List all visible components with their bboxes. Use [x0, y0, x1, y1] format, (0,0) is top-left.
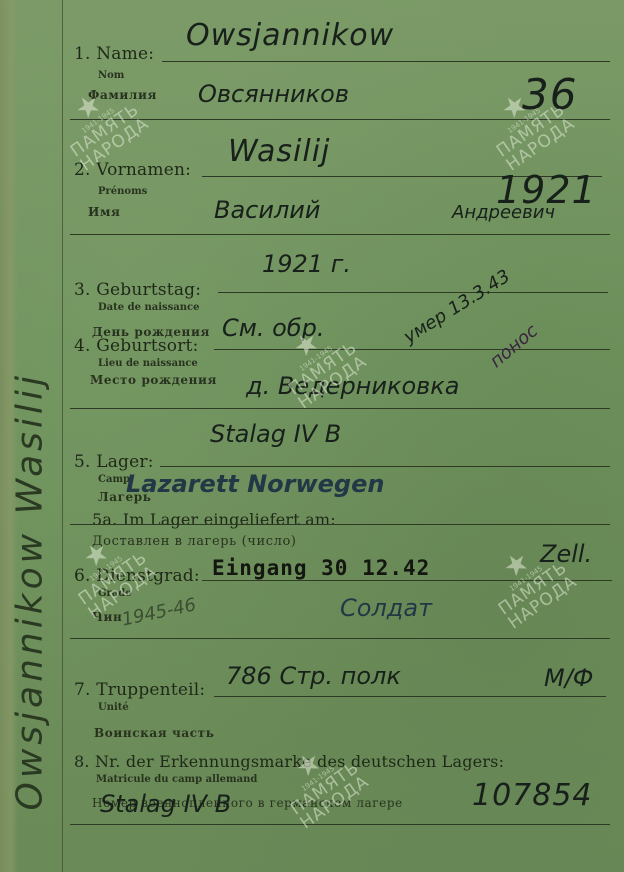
rank-annotation-handwritten: 1945-46: [120, 594, 198, 630]
field-1-rule: [162, 61, 610, 62]
label-french: Unité: [98, 702, 129, 713]
field-7-rule: [214, 696, 606, 697]
name-cyrillic-handwritten: Овсянников: [198, 80, 349, 108]
watermark-pamyat-naroda: ★ 1941-1945 ПАМЯТЬ НАРОДА: [268, 731, 372, 833]
pow-number-handwritten: 107854: [472, 778, 593, 813]
death-annotation-handwritten: умер 13.3.43: [400, 266, 514, 348]
field-number: 3.: [74, 280, 91, 300]
separator-rule: [70, 638, 610, 639]
arrival-date-stamp: Eingang 30 12.42: [212, 556, 430, 580]
label-german: Im Lager eingeliefert am:: [123, 510, 336, 529]
unit-handwritten: 786 Стр. полк: [226, 662, 401, 690]
label-russian: Имя: [88, 205, 120, 219]
firstname-latin-handwritten: Wasilij: [228, 134, 330, 169]
label-german: Name:: [96, 44, 154, 64]
pow-registration-card: Owsjannikow Wasilij 1. Name: Nom Фамилия…: [0, 0, 624, 872]
field-number: 8.: [74, 752, 90, 771]
field-number: 5.: [74, 452, 91, 472]
field-3-label: 3. Geburtstag:: [74, 280, 201, 300]
label-german: Vornamen:: [96, 160, 191, 180]
field-8-rule: [70, 824, 610, 825]
separator-rule: [70, 408, 610, 409]
label-russian: Воинская часть: [94, 726, 214, 740]
pow-camp-handwritten: Stalag IV B: [100, 790, 231, 818]
field-7-label: 7. Truppenteil:: [74, 680, 205, 700]
camp-line1-handwritten: Stalag IV B: [210, 420, 341, 448]
label-russian: Место рождения: [90, 373, 217, 387]
unit-annotation-handwritten: М/Ф: [544, 664, 593, 692]
name-latin-handwritten: Owsjannikow: [186, 18, 394, 53]
field-1-label: 1. Name:: [74, 44, 154, 64]
label-german: Geburtsort:: [96, 336, 198, 356]
field-number: 1.: [74, 44, 91, 64]
label-german: Truppenteil:: [96, 680, 205, 700]
firstname-cyrillic-handwritten: Василий: [214, 196, 321, 224]
field-3-rule: [218, 292, 608, 293]
field-4-label: 4. Geburtsort:: [74, 336, 199, 356]
label-german: Geburtstag:: [96, 280, 201, 300]
rank-handwritten: Солдат: [340, 594, 432, 622]
label-german: Lager:: [96, 452, 153, 472]
corner-year-handwritten: 1921: [496, 168, 597, 212]
field-5-rule: [160, 466, 610, 467]
field-number: 4.: [74, 336, 91, 356]
label-french: Date de naissance: [98, 302, 199, 313]
label-french: Lieu de naissance: [98, 358, 198, 369]
field-5a-rule: [70, 524, 610, 525]
field-5a-label: 5a. Im Lager eingeliefert am:: [92, 510, 336, 529]
field-number: 7.: [74, 680, 91, 700]
label-french: Prénoms: [98, 186, 147, 197]
cause-annotation-handwritten: понос: [486, 320, 542, 372]
separator-rule: [70, 234, 610, 235]
camp-line2-handwritten: Lazarett Norwegen: [126, 470, 384, 498]
field-5-label: 5. Lager:: [74, 452, 154, 472]
birthdate-handwritten: 1921 г.: [262, 250, 351, 278]
margin-vertical-handwriting: Owsjannikow Wasilij: [10, 71, 51, 811]
label-french: Matricule du camp allemand: [96, 774, 257, 785]
